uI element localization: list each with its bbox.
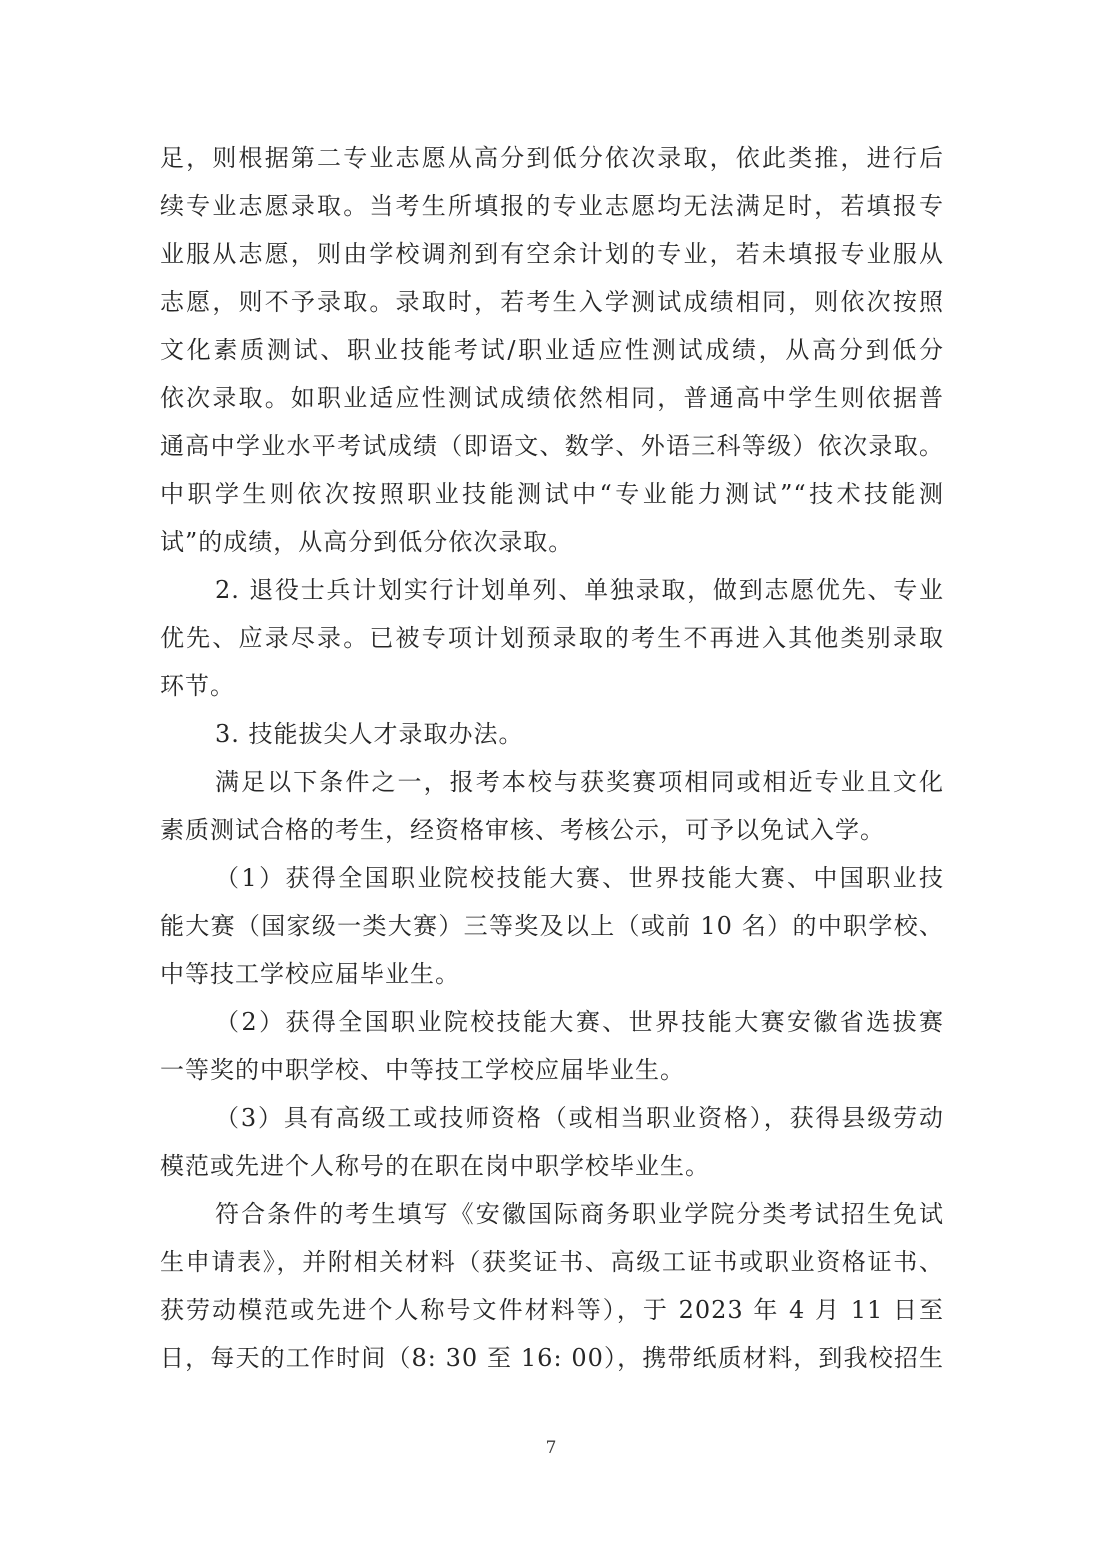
text-line: 业服从志愿，则由学校调剂到有空余计划的专业，若未填报专业服从	[160, 230, 944, 278]
text-line: 2. 退役士兵计划实行计划单列、单独录取，做到志愿优先、专业	[160, 566, 944, 614]
text-line: 环节。	[160, 662, 944, 710]
text-line: 能大赛（国家级一类大赛）三等奖及以上（或前 10 名）的中职学校、	[160, 902, 944, 950]
text-line: 满足以下条件之一，报考本校与获奖赛项相同或相近专业且文化	[160, 758, 944, 806]
text-line: 模范或先进个人称号的在职在岗中职学校毕业生。	[160, 1142, 944, 1190]
text-line: 依次录取。如职业适应性测试成绩依然相同，普通高中学生则依据普	[160, 374, 944, 422]
text-line: （3）具有高级工或技师资格（或相当职业资格），获得县级劳动	[160, 1094, 944, 1142]
text-line: 素质测试合格的考生，经资格审核、考核公示，可予以免试入学。	[160, 806, 944, 854]
text-line: （1）获得全国职业院校技能大赛、世界技能大赛、中国职业技	[160, 854, 944, 902]
text-line: 3. 技能拔尖人才录取办法。	[160, 710, 944, 758]
text-line: 文化素质测试、职业技能考试/职业适应性测试成绩，从高分到低分	[160, 326, 944, 374]
text-line: 中职学生则依次按照职业技能测试中“专业能力测试”“技术技能测	[160, 470, 944, 518]
text-line: 通高中学业水平考试成绩（即语文、数学、外语三科等级）依次录取。	[160, 422, 944, 470]
text-line: 获劳动模范或先进个人称号文件材料等），于 2023 年 4 月 11 日至 13	[160, 1286, 944, 1334]
text-line: 优先、应录尽录。已被专项计划预录取的考生不再进入其他类别录取	[160, 614, 944, 662]
text-line: 试”的成绩，从高分到低分依次录取。	[160, 518, 944, 566]
text-line: 足，则根据第二专业志愿从高分到低分依次录取，依此类推，进行后	[160, 134, 944, 182]
text-line: 日，每天的工作时间（8: 30 至 16: 00），携带纸质材料，到我校招生	[160, 1334, 944, 1382]
text-line: 生申请表》，并附相关材料（获奖证书、高级工证书或职业资格证书、	[160, 1238, 944, 1286]
text-line: （2）获得全国职业院校技能大赛、世界技能大赛安徽省选拔赛	[160, 998, 944, 1046]
text-line: 一等奖的中职学校、中等技工学校应届毕业生。	[160, 1046, 944, 1094]
text-line: 符合条件的考生填写《安徽国际商务职业学院分类考试招生免试	[160, 1190, 944, 1238]
text-line: 续专业志愿录取。当考生所填报的专业志愿均无法满足时，若填报专	[160, 182, 944, 230]
document-page: 足，则根据第二专业志愿从高分到低分依次录取，依此类推，进行后 续专业志愿录取。当…	[0, 0, 1102, 1559]
page-number: 7	[546, 1438, 557, 1458]
text-line: 中等技工学校应届毕业生。	[160, 950, 944, 998]
page-footer: 7	[0, 1438, 1102, 1458]
text-line: 志愿，则不予录取。录取时，若考生入学测试成绩相同，则依次按照	[160, 278, 944, 326]
body-text: 足，则根据第二专业志愿从高分到低分依次录取，依此类推，进行后 续专业志愿录取。当…	[160, 134, 944, 1382]
